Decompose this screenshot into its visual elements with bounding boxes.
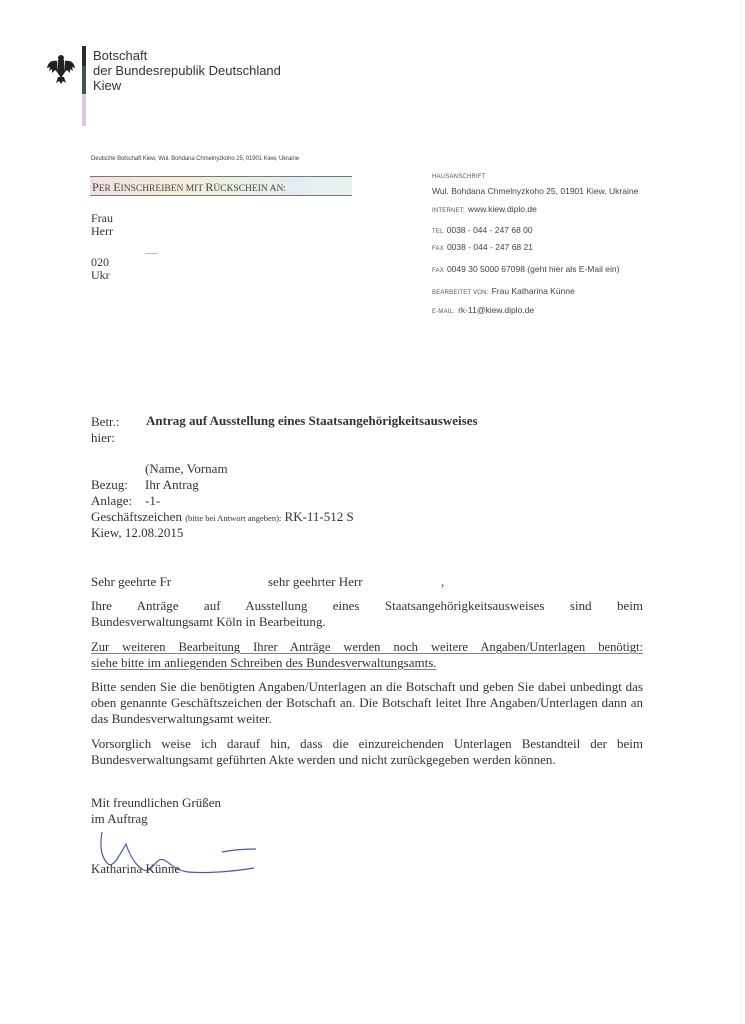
gz-label: Geschäftszeichen bbox=[91, 509, 182, 524]
tel-label: Tel bbox=[432, 229, 444, 235]
hausanschrift-label: Hausanschrift bbox=[432, 174, 486, 180]
internet-label: Internet: bbox=[432, 208, 465, 214]
scan-mark bbox=[145, 253, 157, 254]
name-hint: (Name, Vornam bbox=[145, 461, 228, 476]
banner-text: E bbox=[113, 180, 120, 194]
website-link[interactable]: www.kiew.diplo.de bbox=[468, 204, 537, 214]
banner-text: P bbox=[92, 180, 99, 194]
fax-number: 0038 - 044 - 247 68 21 bbox=[447, 242, 533, 252]
gz-note: (bitte bei Antwort angeben): bbox=[185, 513, 281, 523]
place-date: Kiew, 12.08.2015 bbox=[91, 525, 183, 540]
email-link[interactable]: rk-11@kiew.diplo.de bbox=[458, 305, 534, 315]
paragraph-4: Vorsorglich weise ich darauf hin, dass d… bbox=[91, 736, 643, 768]
handled-by-name: Frau Katharina Künne bbox=[492, 286, 575, 296]
brand-color-bar bbox=[82, 46, 86, 126]
page-edge bbox=[740, 0, 741, 1024]
paragraph-3: Bitte senden Sie die benötigten Angaben/… bbox=[91, 679, 643, 727]
anlage-value: -1- bbox=[145, 493, 160, 508]
paragraph-2-line-2: siehe bitte im anliegenden Schreiben des… bbox=[91, 655, 643, 671]
handwritten-signature-icon bbox=[92, 830, 262, 880]
street-address: Wul. Bohdana Chmelnyzkoho 25, 01901 Kiew… bbox=[432, 186, 638, 196]
bezug-label: Bezug: bbox=[91, 477, 128, 492]
betr-label: Betr.: bbox=[91, 414, 120, 429]
email-label: E-Mail: bbox=[432, 309, 455, 315]
sender-return-address: Deutsche Botschaft Kiew, Wul. Bohdana Ch… bbox=[91, 156, 299, 162]
banner-text: INSCHREIBEN MIT bbox=[121, 184, 206, 194]
paragraph-2-line-1: Zur weiteren Bearbeitung Ihrer Anträge w… bbox=[91, 639, 643, 655]
federal-eagle-icon bbox=[46, 52, 76, 86]
salutation-comma: , bbox=[441, 574, 444, 589]
letterhead-organization: Botschaft der Bundesrepublik Deutschland… bbox=[93, 48, 281, 93]
phone-number: 0038 - 044 - 247 68 00 bbox=[447, 225, 533, 235]
recipient-address: Frau Herr 020 Ukr bbox=[91, 212, 113, 282]
gz-value: RK-11-512 S bbox=[285, 509, 354, 524]
bezug-value: Ihr Antrag bbox=[145, 477, 199, 492]
banner-text: ER bbox=[99, 184, 114, 194]
org-line-3: Kiew bbox=[93, 78, 281, 93]
registered-mail-banner: PER EINSCHREIBEN MIT RÜCKSCHEIN AN: bbox=[90, 176, 352, 196]
recipient-line: Herr bbox=[91, 225, 113, 238]
reference-number-row: Geschäftszeichen (bitte bei Antwort ange… bbox=[91, 509, 354, 526]
fax2-label: Fax bbox=[432, 268, 444, 274]
closing-greeting: Mit freundlichen Grüßen bbox=[91, 795, 221, 810]
anlage-label: Anlage: bbox=[91, 493, 132, 508]
recipient-line: Ukr bbox=[91, 269, 113, 282]
paragraph-1-line-2: Bundesverwaltungsamt Köln in Bearbeitung… bbox=[91, 614, 326, 629]
org-line-2: der Bundesrepublik Deutschland bbox=[93, 63, 281, 78]
hier-label: hier: bbox=[91, 430, 115, 445]
fax-label: Fax bbox=[432, 246, 444, 252]
closing-on-behalf: im Auftrag bbox=[91, 811, 148, 826]
org-line-1: Botschaft bbox=[93, 48, 281, 63]
banner-text: ÜCKSCHEIN AN: bbox=[213, 184, 286, 194]
salutation-female: Sehr geehrte Fr bbox=[91, 574, 171, 589]
salutation-male: sehr geehrter Herr bbox=[268, 574, 363, 589]
fax-email-number: 0049 30 5000 67098 (geht hier als E-Mail… bbox=[447, 264, 619, 274]
paragraph-1-line-1: Ihre Anträge auf Ausstellung eines Staat… bbox=[91, 598, 643, 614]
subject-title: Antrag auf Ausstellung eines Staatsangeh… bbox=[146, 413, 478, 428]
handled-by-label: Bearbeitet von: bbox=[432, 290, 489, 296]
